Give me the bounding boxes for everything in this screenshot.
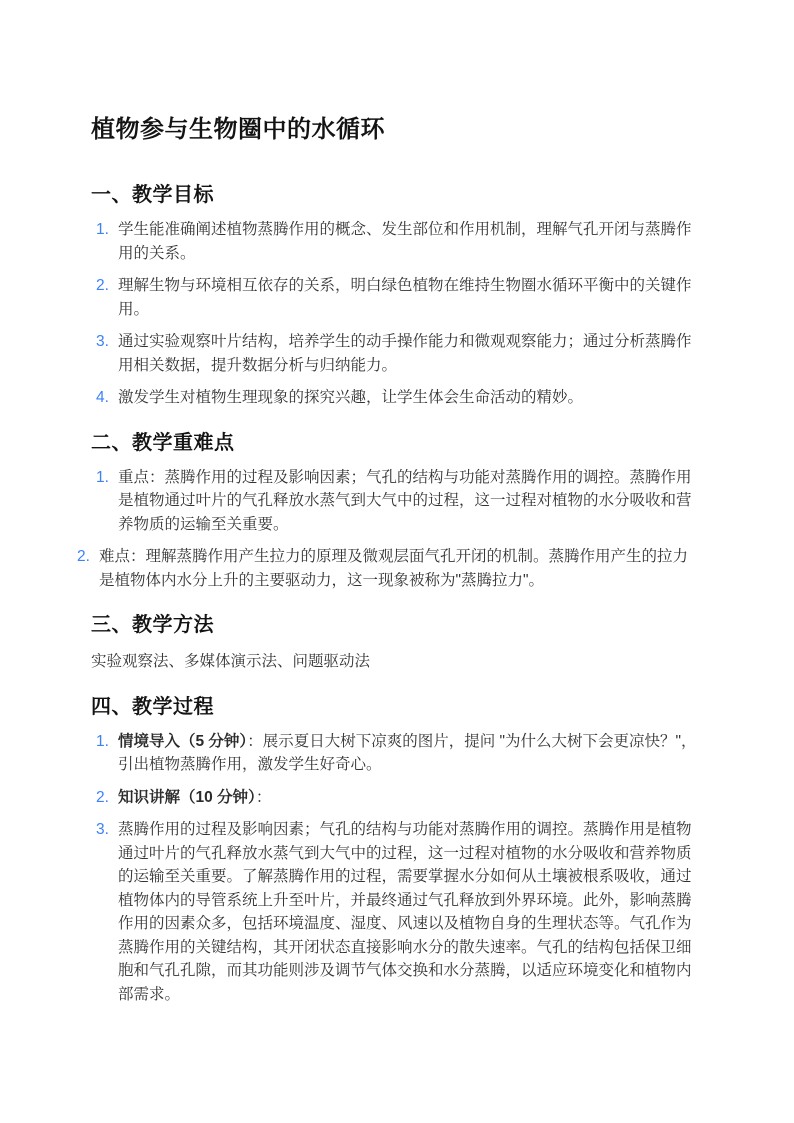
list-item-number: 4. — [96, 386, 111, 410]
list-item-number: 1. — [96, 218, 111, 265]
list-item: 4. 激发学生对植物生理现象的探究兴趣，让学生体会生命活动的精妙。 — [96, 386, 697, 410]
list-item-text: 情境导入（5 分钟）：展示夏日大树下凉爽的图片，提问 "为什么大树下会更凉快？"… — [118, 730, 697, 777]
list-item: 1. 重点：蒸腾作用的过程及影响因素；气孔的结构与功能对蒸腾作用的调控。蒸腾作用… — [96, 466, 697, 537]
section-teaching-methods: 三、教学方法 实验观察法、多媒体演示法、问题驱动法 — [91, 611, 697, 674]
document-title: 植物参与生物圈中的水循环 — [91, 114, 697, 146]
list-item-text: 通过实验观察叶片结构，培养学生的动手操作能力和微观观察能力；通过分析蒸腾作用相关… — [118, 330, 697, 377]
section-teaching-objectives: 一、教学目标 1. 学生能准确阐述植物蒸腾作用的概念、发生部位和作用机制，理解气… — [91, 181, 697, 410]
list-item-text: 蒸腾作用的过程及影响因素；气孔的结构与功能对蒸腾作用的调控。蒸腾作用是植物通过叶… — [118, 818, 697, 1006]
section-teaching-process: 四、教学过程 1. 情境导入（5 分钟）：展示夏日大树下凉爽的图片，提问 "为什… — [91, 693, 697, 1007]
key-points-list: 1. 重点：蒸腾作用的过程及影响因素；气孔的结构与功能对蒸腾作用的调控。蒸腾作用… — [91, 466, 697, 593]
list-item: 3. 通过实验观察叶片结构，培养学生的动手操作能力和微观观察能力；通过分析蒸腾作… — [96, 330, 697, 377]
objectives-list: 1. 学生能准确阐述植物蒸腾作用的概念、发生部位和作用机制，理解气孔开闭与蒸腾作… — [91, 218, 697, 410]
section-key-points: 二、教学重难点 1. 重点：蒸腾作用的过程及影响因素；气孔的结构与功能对蒸腾作用… — [91, 429, 697, 593]
heading-teaching-process: 四、教学过程 — [91, 693, 697, 721]
heading-teaching-objectives: 一、教学目标 — [91, 181, 697, 209]
list-item-text: 理解生物与环境相互依存的关系，明白绿色植物在维持生物圈水循环平衡中的关键作用。 — [118, 274, 697, 321]
list-item: 2. 难点：理解蒸腾作用产生拉力的原理及微观层面气孔开闭的机制。蒸腾作用产生的拉… — [77, 545, 697, 592]
list-item: 2. 知识讲解（10 分钟）： — [96, 786, 697, 810]
list-item-text: 重点：蒸腾作用的过程及影响因素；气孔的结构与功能对蒸腾作用的调控。蒸腾作用是植物… — [118, 466, 697, 537]
heading-key-points: 二、教学重难点 — [91, 429, 697, 457]
heading-teaching-methods: 三、教学方法 — [91, 611, 697, 639]
teaching-process-list: 1. 情境导入（5 分钟）：展示夏日大树下凉爽的图片，提问 "为什么大树下会更凉… — [91, 730, 697, 1007]
list-item: 2. 理解生物与环境相互依存的关系，明白绿色植物在维持生物圈水循环平衡中的关键作… — [96, 274, 697, 321]
document-page: 植物参与生物圈中的水循环 一、教学目标 1. 学生能准确阐述植物蒸腾作用的概念、… — [0, 0, 794, 1123]
list-item: 1. 情境导入（5 分钟）：展示夏日大树下凉爽的图片，提问 "为什么大树下会更凉… — [96, 730, 697, 777]
list-item-number: 3. — [96, 330, 111, 377]
list-item-number: 1. — [96, 730, 111, 777]
list-item: 1. 学生能准确阐述植物蒸腾作用的概念、发生部位和作用机制，理解气孔开闭与蒸腾作… — [96, 218, 697, 265]
list-item: 3. 蒸腾作用的过程及影响因素；气孔的结构与功能对蒸腾作用的调控。蒸腾作用是植物… — [96, 818, 697, 1006]
list-item-text: 难点：理解蒸腾作用产生拉力的原理及微观层面气孔开闭的机制。蒸腾作用产生的拉力是植… — [99, 545, 697, 592]
list-item-bold-prefix: 情境导入（5 分钟） — [118, 733, 247, 750]
list-item-number: 1. — [96, 466, 111, 537]
teaching-methods-paragraph: 实验观察法、多媒体演示法、问题驱动法 — [91, 650, 697, 674]
list-item-text: 激发学生对植物生理现象的探究兴趣，让学生体会生命活动的精妙。 — [118, 386, 697, 410]
list-item-text: 知识讲解（10 分钟）： — [118, 786, 697, 810]
list-item-number: 2. — [96, 274, 111, 321]
list-item-bold-prefix: 知识讲解（10 分钟） — [118, 789, 256, 806]
list-item-number: 3. — [96, 818, 111, 1006]
list-item-text: 学生能准确阐述植物蒸腾作用的概念、发生部位和作用机制，理解气孔开闭与蒸腾作用的关… — [118, 218, 697, 265]
list-item-number: 2. — [96, 786, 111, 810]
list-item-number: 2. — [77, 545, 92, 592]
